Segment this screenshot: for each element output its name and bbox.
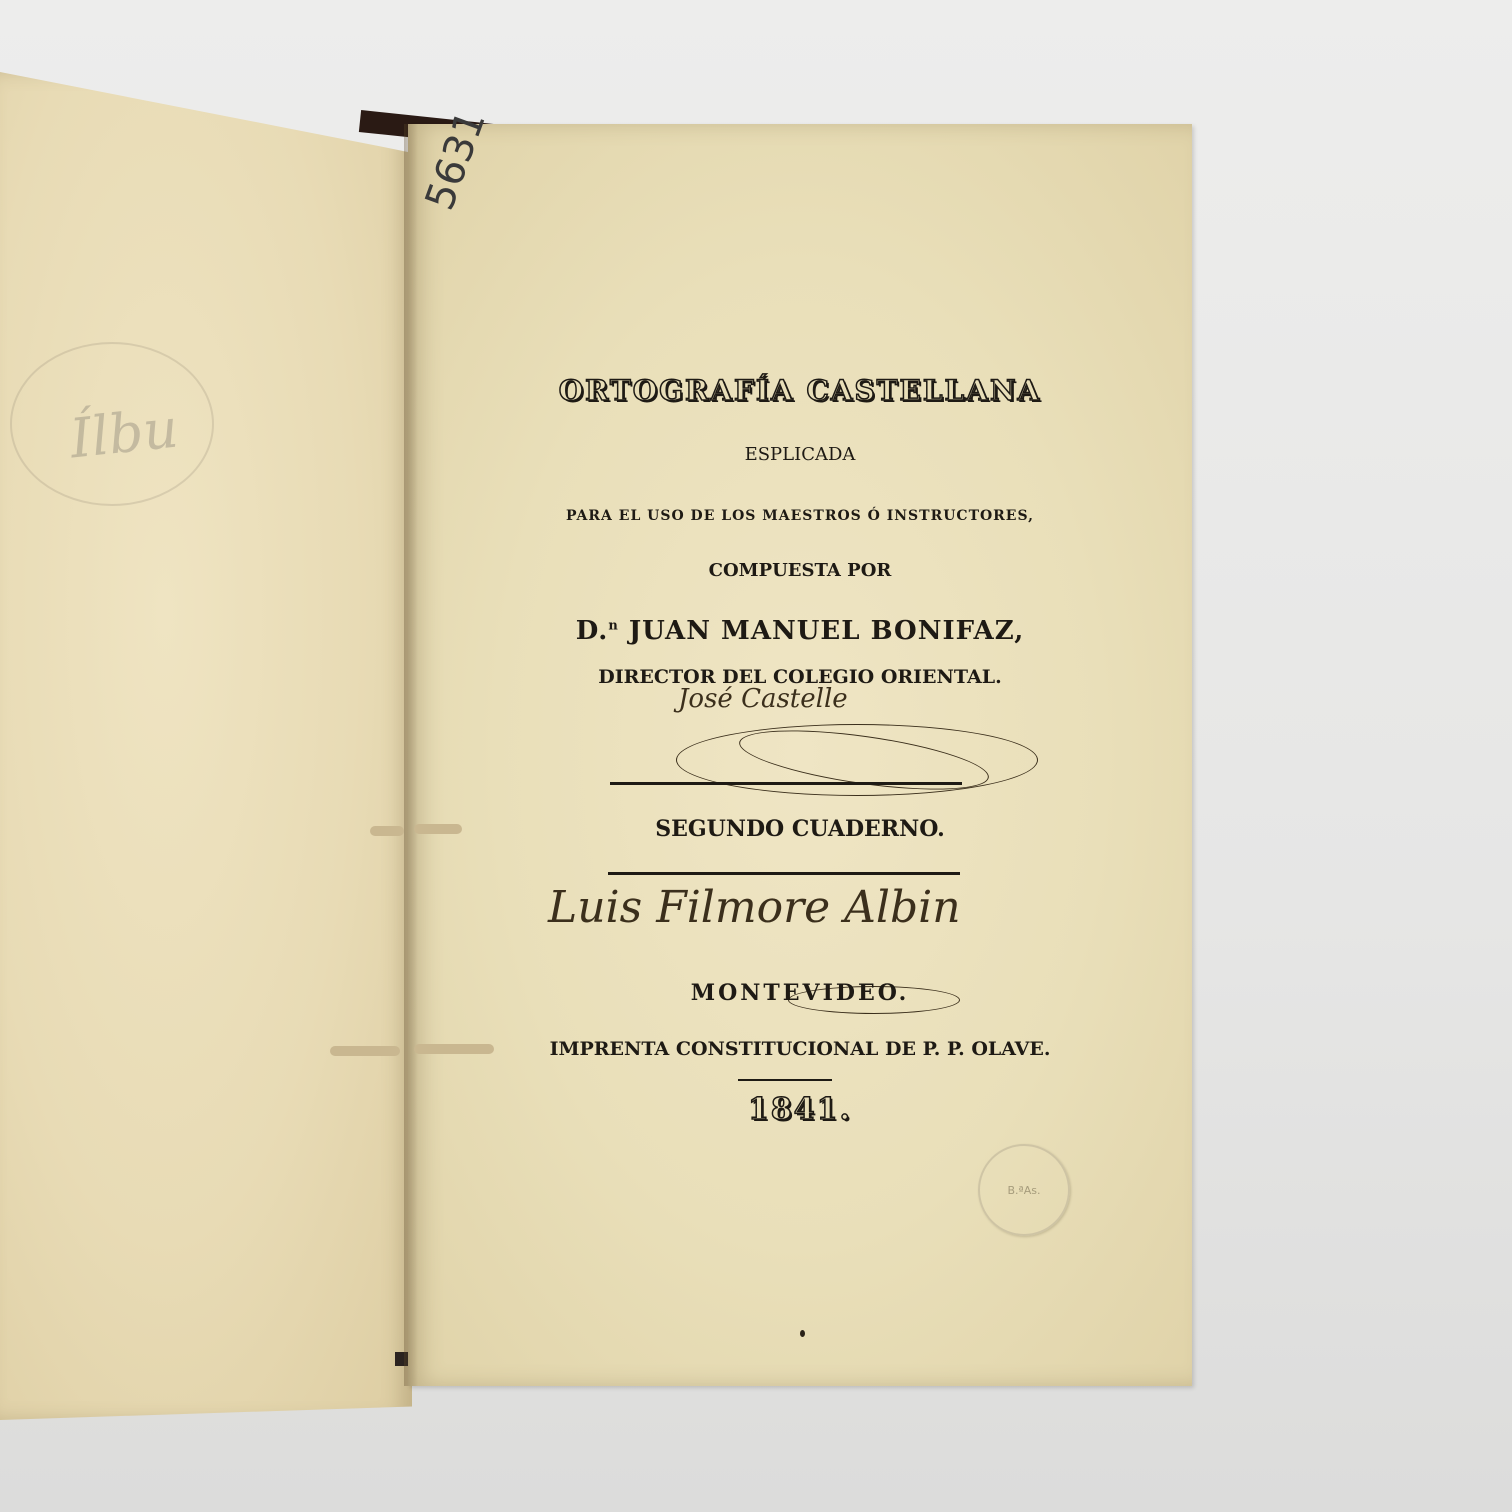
author-name: JUAN MANUEL BONIFAZ, [629,616,1024,646]
signature-jose: José Castelle [678,684,848,714]
volume-label: SEGUNDO CUADERNO. [408,816,1192,842]
library-blind-stamp: B.ªAs. [978,1144,1070,1236]
author: D.n JUAN MANUEL BONIFAZ, [408,616,1192,646]
binding-stitch-2 [414,824,462,834]
rule-upper [610,782,962,785]
author-prefix-sup: n [608,618,618,633]
author-prefix: D. [576,616,609,646]
rule-year [738,1079,832,1081]
city: MONTEVIDEO. [408,980,1192,1006]
binding-stitch-3 [330,1046,400,1056]
printer: IMPRENTA CONSTITUCIONAL DE P. P. OLAVE. [408,1038,1192,1060]
book-purpose: PARA EL USO DE LOS MAESTROS Ó INSTRUCTOR… [408,508,1192,524]
rule-lower [608,872,960,875]
composed-by: COMPUESTA POR [408,560,1192,581]
stamp-text: B.ªAs. [1008,1184,1041,1197]
book-subtitle: ESPLICADA [408,444,1192,465]
signature-luis: Luis Filmore Albin [548,882,961,933]
binding-stitch-4 [414,1044,494,1054]
ink-dot [800,1330,805,1337]
year: 1841. [408,1092,1192,1127]
binding-stitch-1 [370,826,404,836]
left-endpaper: Ílbu [0,72,412,1420]
book-title: ORTOGRAFÍA CASTELLANA [408,374,1192,407]
title-page: ORTOGRAFÍA CASTELLANA ESPLICADA PARA EL … [408,124,1192,1386]
ghost-inscription: Ílbu [67,397,181,471]
gutter-shadow [404,124,418,1386]
